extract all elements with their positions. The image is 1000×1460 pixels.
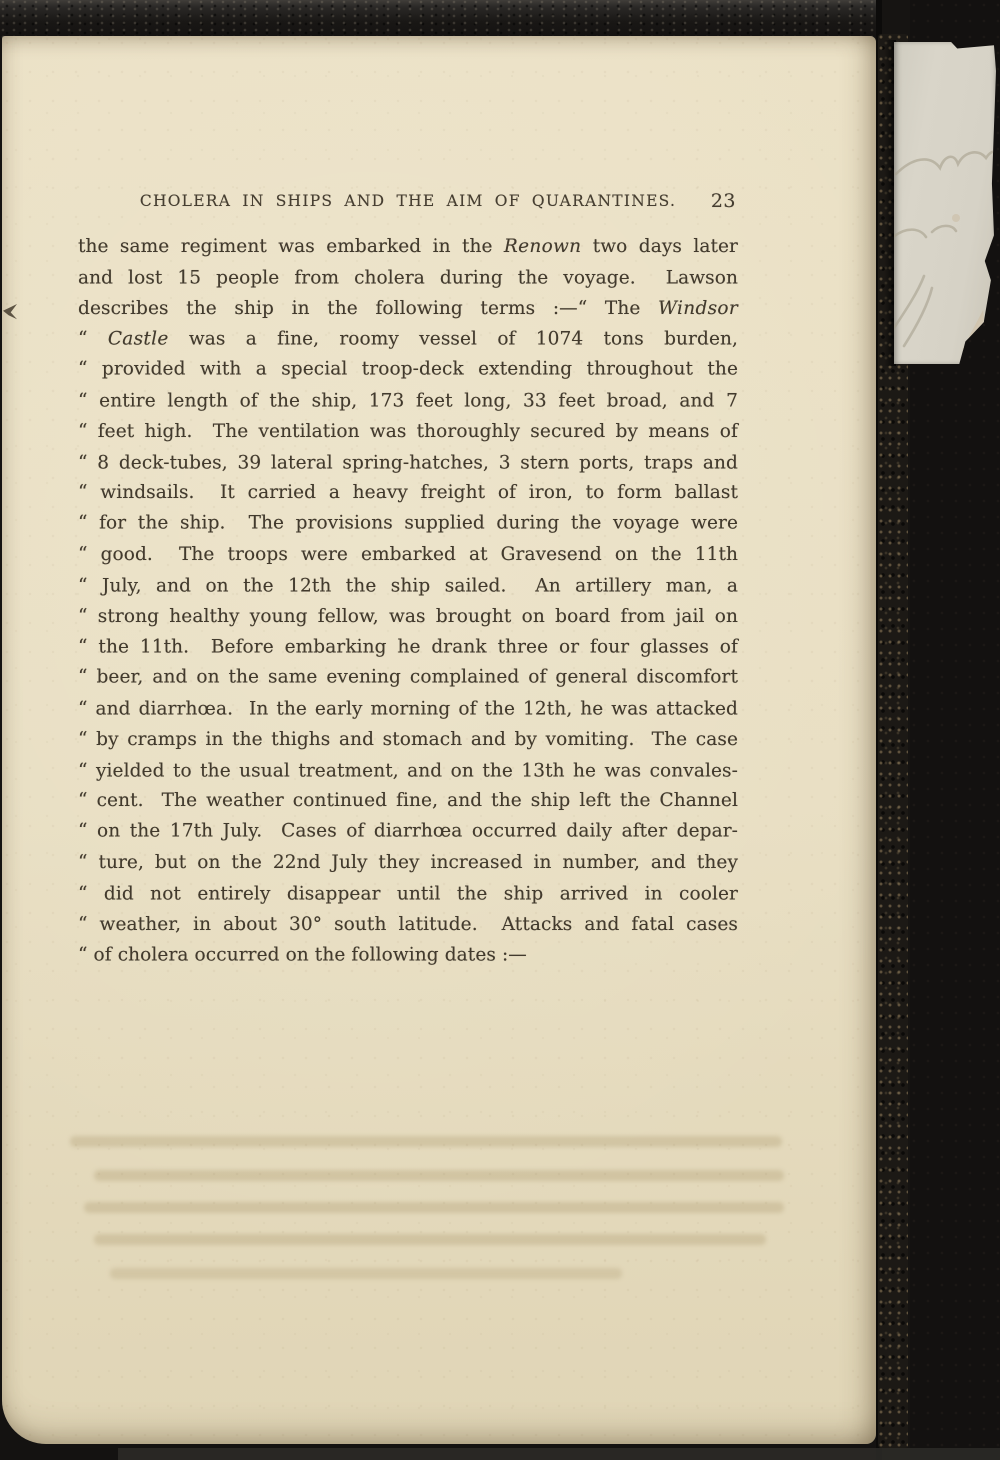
body-text: the same regiment was embarked in the Re… bbox=[78, 232, 738, 971]
text-line: “ strong healthy young fellow, was broug… bbox=[78, 602, 738, 633]
book-edge-top bbox=[0, 0, 1000, 40]
showthrough-line bbox=[70, 1136, 782, 1147]
text-line: “ for the ship. The provisions supplied … bbox=[78, 509, 738, 540]
page-title: CHOLERA IN SHIPS AND THE AIM OF QUARANTI… bbox=[78, 192, 738, 210]
text-line: “ windsails. It carried a heavy freight … bbox=[78, 478, 738, 509]
text-line: “ July, and on the 12th the ship sailed.… bbox=[78, 571, 738, 602]
text-line: “ ture, but on the 22nd July they increa… bbox=[78, 848, 738, 879]
text-line: “ and diarrhœa. In the early morning of … bbox=[78, 694, 738, 725]
text-line: the same regiment was embarked in the Re… bbox=[78, 232, 738, 263]
text-line: describes the ship in the following term… bbox=[78, 294, 738, 325]
text-line: “ 8 deck-tubes, 39 lateral spring-hatche… bbox=[78, 448, 738, 479]
note-slip bbox=[894, 42, 996, 364]
book-page: CHOLERA IN SHIPS AND THE AIM OF QUARANTI… bbox=[2, 36, 876, 1444]
showthrough-line bbox=[84, 1202, 784, 1213]
ink-blot-mark bbox=[3, 304, 17, 320]
text-line: and lost 15 people from cholera during t… bbox=[78, 263, 738, 294]
text-line: “ by cramps in the thighs and stomach an… bbox=[78, 725, 738, 756]
text-line: “ feet high. The ventilation was thoroug… bbox=[78, 417, 738, 448]
text-line: “ weather, in about 30° south latitude. … bbox=[78, 910, 738, 941]
showthrough-line bbox=[110, 1268, 622, 1279]
text-line: “ did not entirely disappear until the s… bbox=[78, 879, 738, 910]
text-line: “ of cholera occurred on the following d… bbox=[78, 941, 738, 972]
text-line: “ good. The troops were embarked at Grav… bbox=[78, 540, 738, 571]
text-line: “ entire length of the ship, 173 feet lo… bbox=[78, 386, 738, 417]
text-line: “ cent. The weather continued fine, and … bbox=[78, 786, 738, 817]
showthrough-line bbox=[94, 1170, 784, 1181]
text-line: “ beer, and on the same evening complain… bbox=[78, 663, 738, 694]
page-number: 23 bbox=[711, 190, 736, 212]
book-edge-bottom bbox=[118, 1448, 1000, 1460]
showthrough-line bbox=[94, 1234, 766, 1245]
text-line: “ on the 17th July. Cases of diarrhœa oc… bbox=[78, 817, 738, 848]
running-head: CHOLERA IN SHIPS AND THE AIM OF QUARANTI… bbox=[78, 192, 738, 216]
text-line: “ yielded to the usual treatment, and on… bbox=[78, 756, 738, 787]
paper-stain bbox=[952, 214, 960, 222]
text-line: “ the 11th. Before embarking he drank th… bbox=[78, 633, 738, 664]
text-line: “ Castle was a fine, roomy vessel of 107… bbox=[78, 325, 738, 356]
text-line: “ provided with a special troop-deck ext… bbox=[78, 355, 738, 386]
scanned-book-photo: CHOLERA IN SHIPS AND THE AIM OF QUARANTI… bbox=[0, 0, 1000, 1460]
